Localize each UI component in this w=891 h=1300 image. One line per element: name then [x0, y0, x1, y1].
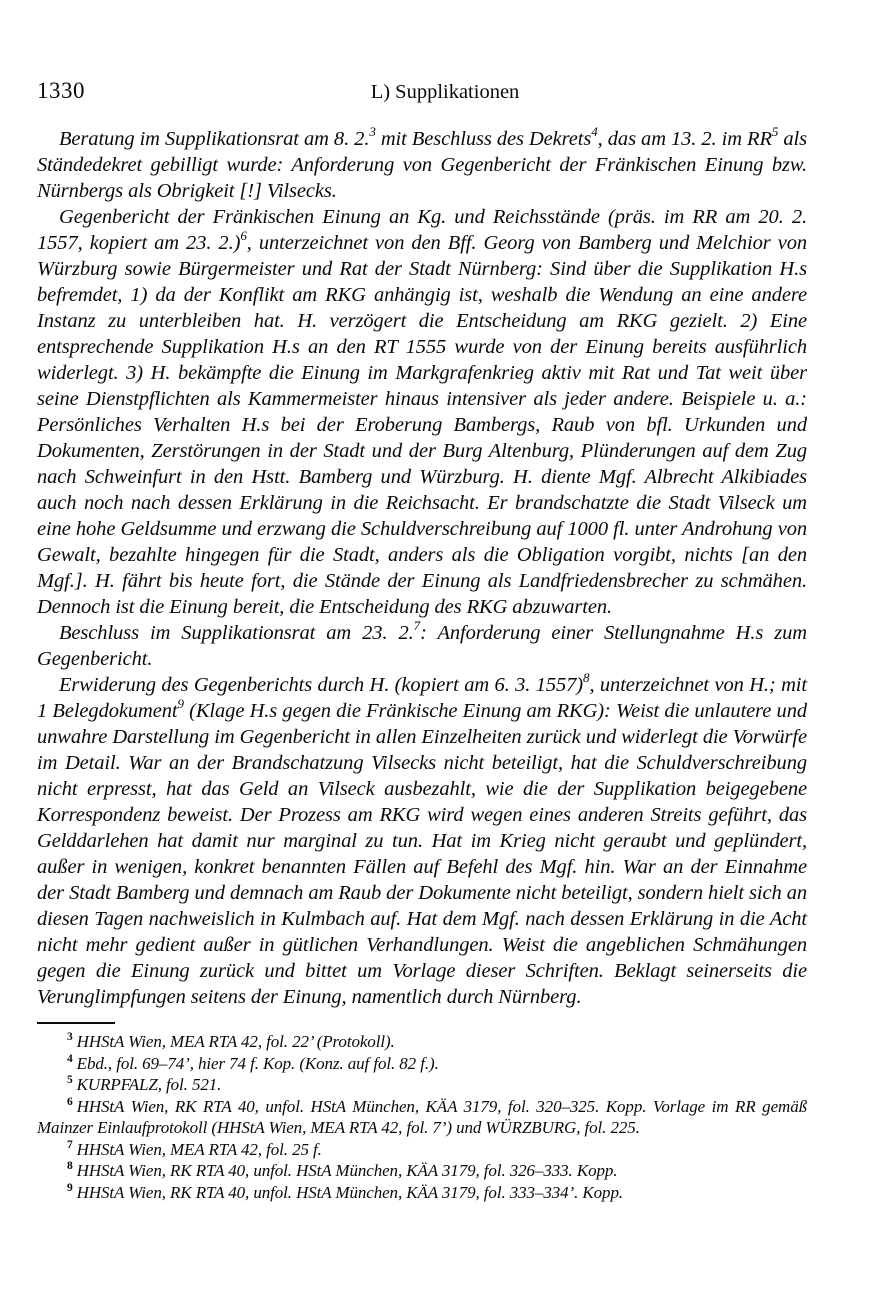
text-run: Beschluss im Supplikationsrat am 23. 2.	[59, 622, 414, 644]
footnote-text: HHStA Wien, RK RTA 40, unfol. HStA Münch…	[37, 1097, 807, 1138]
text-run: Erwiderung des Gegenberichts durch H. (k…	[59, 674, 583, 696]
footnote-text: HHStA Wien, MEA RTA 42, fol. 25 f.	[77, 1140, 322, 1159]
footnote-5: 5KURPFALZ, fol. 521.	[37, 1074, 807, 1096]
footnote-text: HHStA Wien, RK RTA 40, unfol. HStA Münch…	[77, 1161, 618, 1180]
footnote-number: 4	[67, 1053, 73, 1065]
footnote-6: 6HHStA Wien, RK RTA 40, unfol. HStA Münc…	[37, 1096, 807, 1139]
footnote-text: HHStA Wien, RK RTA 40, unfol. HStA Münch…	[77, 1183, 623, 1202]
footnote-marker-7: 7	[414, 618, 420, 633]
paragraph-erwiderung: Erwiderung des Gegenberichts durch H. (k…	[37, 672, 807, 1010]
footnote-marker-3: 3	[369, 124, 375, 139]
footnote-number: 9	[67, 1182, 73, 1194]
footnote-marker-6: 6	[240, 228, 246, 243]
footnote-text: Ebd., fol. 69–74’, hier 74 f. Kop. (Konz…	[77, 1054, 439, 1073]
footnote-number: 6	[67, 1096, 73, 1108]
text-run: mit Beschluss des Dekrets	[376, 128, 592, 150]
footnote-separator	[37, 1022, 115, 1024]
text-run: , unterzeichnet von den Bff. Georg von B…	[37, 232, 807, 618]
footnote-text: HHStA Wien, MEA RTA 42, fol. 22’ (Protok…	[77, 1032, 395, 1051]
footnote-marker-9: 9	[177, 696, 183, 711]
body-text: Beratung im Supplikationsrat am 8. 2.3 m…	[37, 126, 807, 1010]
footnote-marker-4: 4	[591, 124, 597, 139]
paragraph-gegenbericht: Gegenbericht der Fränkischen Einung an K…	[37, 204, 807, 620]
footnote-number: 5	[67, 1074, 73, 1086]
footnote-4: 4Ebd., fol. 69–74’, hier 74 f. Kop. (Kon…	[37, 1053, 807, 1075]
paragraph-beschluss: Beschluss im Supplikationsrat am 23. 2.7…	[37, 620, 807, 672]
footnote-3: 3HHStA Wien, MEA RTA 42, fol. 22’ (Proto…	[37, 1031, 807, 1053]
footnote-7: 7HHStA Wien, MEA RTA 42, fol. 25 f.	[37, 1139, 807, 1161]
text-run: (Klage H.s gegen die Fränkische Einung a…	[37, 700, 807, 1008]
footnote-8: 8HHStA Wien, RK RTA 40, unfol. HStA Münc…	[37, 1160, 807, 1182]
paragraph-beratung: Beratung im Supplikationsrat am 8. 2.3 m…	[37, 126, 807, 204]
footnotes: 3HHStA Wien, MEA RTA 42, fol. 22’ (Proto…	[37, 1031, 807, 1203]
book-page: 1330 L) Supplikationen Beratung im Suppl…	[0, 0, 891, 1300]
footnote-number: 3	[67, 1031, 73, 1043]
footnote-9: 9HHStA Wien, RK RTA 40, unfol. HStA Münc…	[37, 1182, 807, 1204]
text-run: Beratung im Supplikationsrat am 8. 2.	[59, 128, 369, 150]
footnote-marker-5: 5	[772, 124, 778, 139]
footnote-marker-8: 8	[583, 670, 589, 685]
footnote-number: 8	[67, 1160, 73, 1172]
footnote-text: KURPFALZ, fol. 521.	[77, 1075, 222, 1094]
page-header: 1330 L) Supplikationen	[37, 78, 807, 104]
text-run: , das am 13. 2. im RR	[598, 128, 772, 150]
running-title: L) Supplikationen	[95, 81, 795, 104]
footnote-number: 7	[67, 1139, 73, 1151]
